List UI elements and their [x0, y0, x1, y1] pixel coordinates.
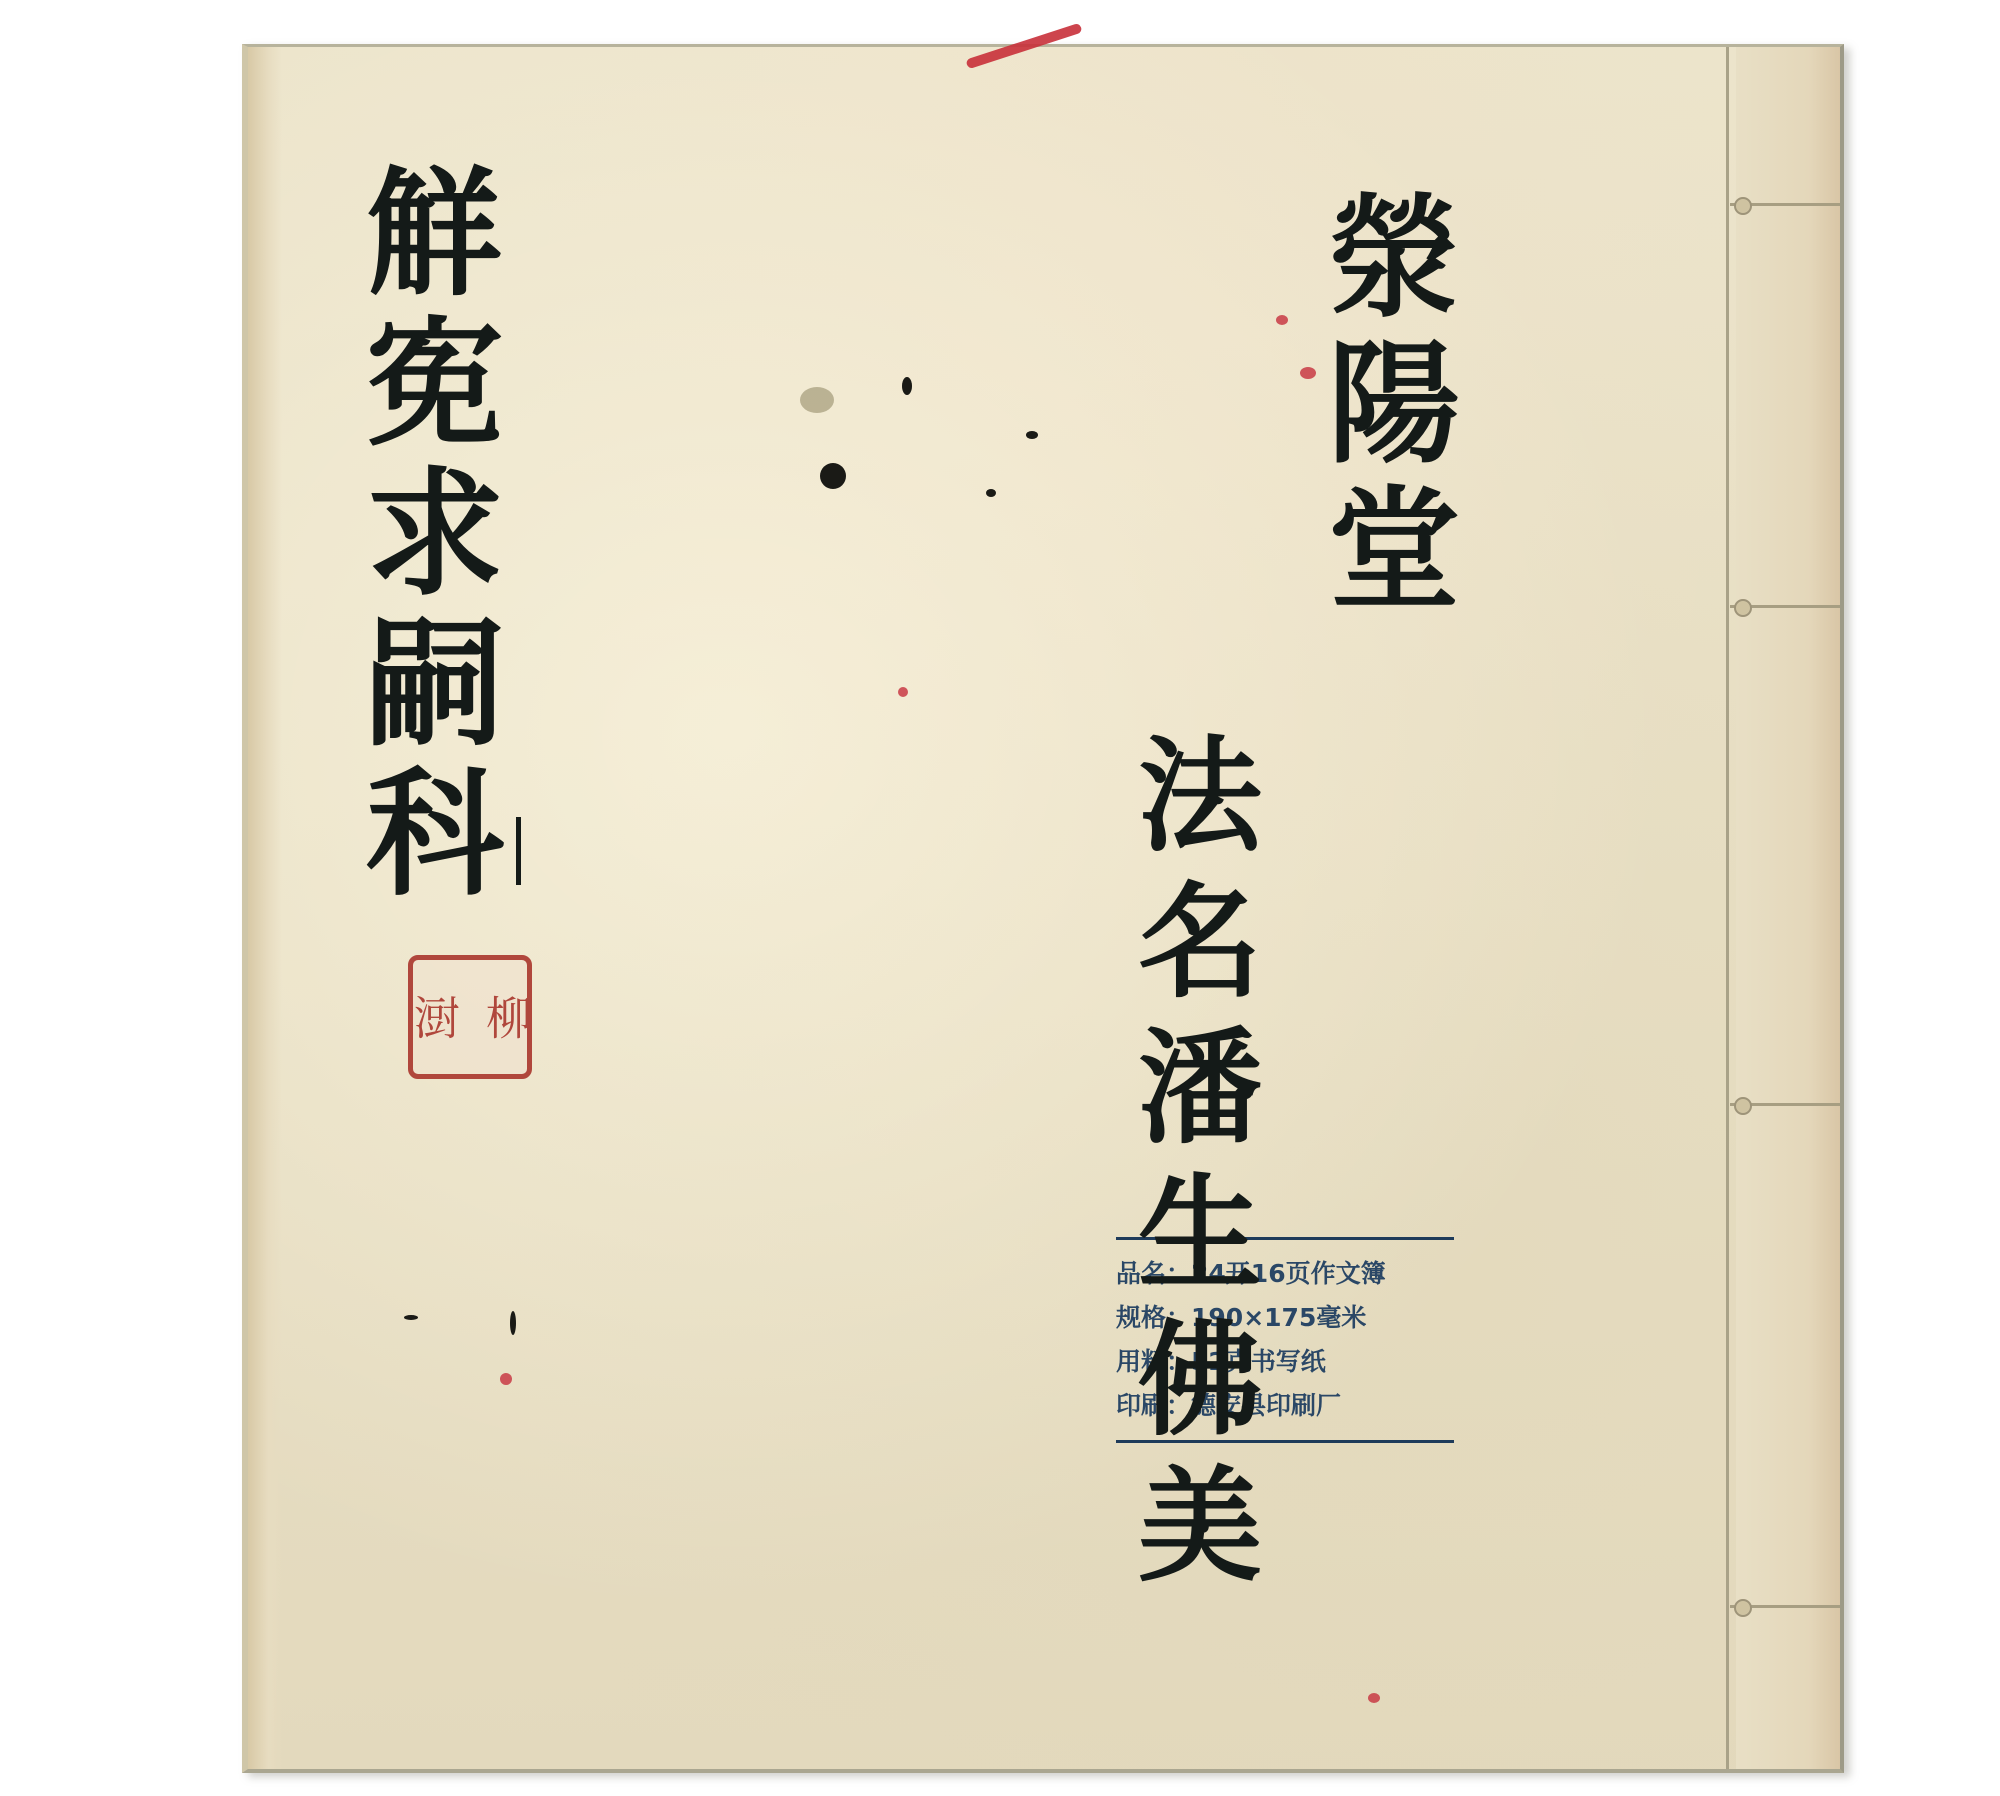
name-char: 名	[1138, 881, 1262, 1005]
ink-spot	[404, 1315, 418, 1320]
red-spot	[1368, 1693, 1380, 1703]
ink-spot	[1026, 431, 1038, 439]
name-char: 法	[1138, 735, 1262, 859]
paper-stain	[800, 387, 834, 413]
hall-char: 滎	[1328, 193, 1460, 325]
ink-spot	[820, 463, 846, 489]
ink-spot	[902, 377, 912, 395]
hall-char: 堂	[1328, 485, 1460, 617]
title-calligraphy: 觧 𡨚 求 嗣 科	[366, 165, 504, 915]
binding-knot	[1734, 1599, 1752, 1617]
title-char: 求	[366, 465, 504, 603]
ink-spot	[510, 1311, 516, 1335]
bound-spine	[1736, 47, 1840, 1769]
red-spot	[1300, 367, 1316, 379]
seal-char: 柳	[473, 994, 539, 1040]
binding-knot	[1734, 1097, 1752, 1115]
red-spot	[898, 687, 908, 697]
brush-tail-stroke	[516, 817, 521, 885]
red-spot	[1276, 315, 1288, 325]
red-ink-stroke	[965, 23, 1082, 70]
title-char: 科	[366, 765, 504, 903]
ink-spot	[986, 489, 996, 497]
red-seal-stamp: 㴻 柳	[408, 955, 532, 1079]
cover-left-edge	[248, 47, 282, 1769]
hall-char: 陽	[1328, 339, 1460, 471]
name-char: 佛	[1138, 1319, 1262, 1443]
title-char: 觧	[366, 165, 504, 303]
name-char: 潘	[1138, 1027, 1262, 1151]
spine-fold-line	[1726, 47, 1729, 1769]
title-char: 嗣	[366, 615, 504, 753]
name-char: 生	[1138, 1173, 1262, 1297]
binding-knot	[1734, 599, 1752, 617]
booklet-cover: 觧 𡨚 求 嗣 科 㴻 柳 滎 陽 堂 品名：24开16页作文簿 规格：190×…	[242, 44, 1844, 1773]
binding-knot	[1734, 197, 1752, 215]
name-char: 美	[1138, 1465, 1262, 1589]
title-char: 𡨚	[366, 315, 504, 453]
seal-char: 㴻	[401, 994, 467, 1040]
red-spot	[500, 1373, 512, 1385]
hall-name-calligraphy: 滎 陽 堂	[1328, 193, 1460, 631]
dharma-name-calligraphy: 法 名 潘 生 佛 美	[1138, 735, 1262, 1611]
